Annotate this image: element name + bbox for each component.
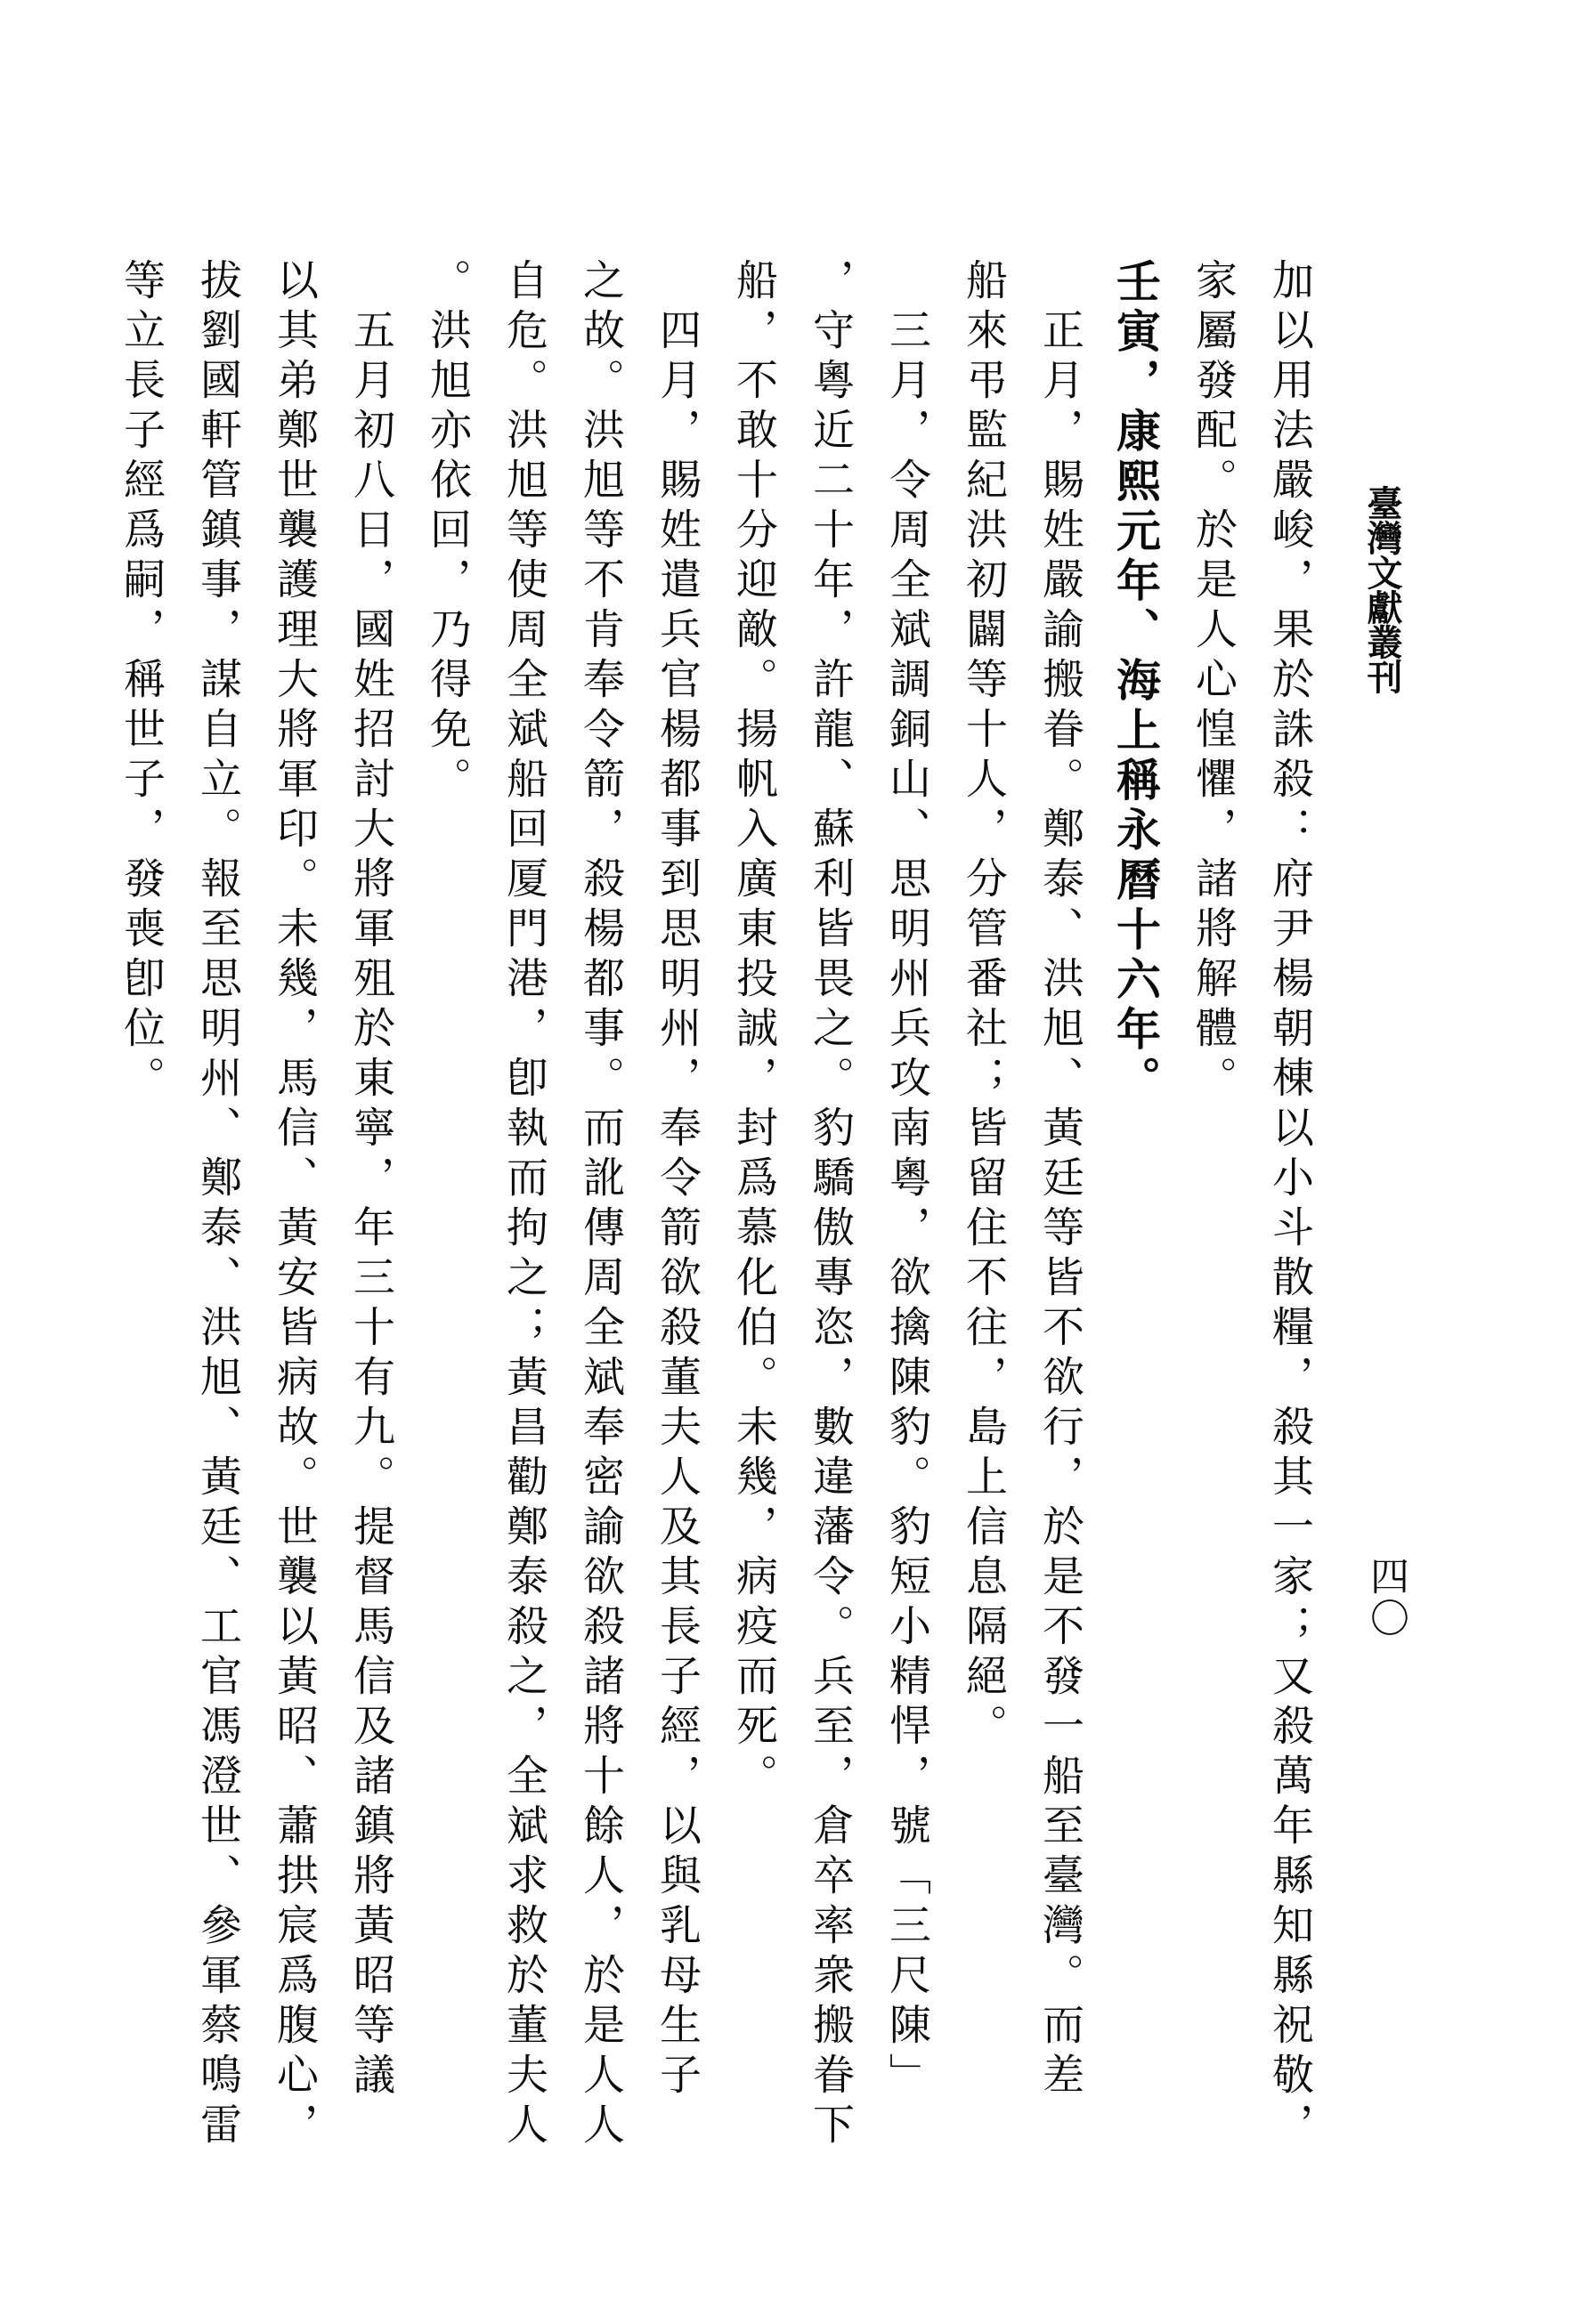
text-column-6: 三月，令周全斌調銅山、思明州兵攻南粵，欲擒陳豹。豹短小精悍，號「三尺陳」: [885, 308, 927, 2102]
text-column-8: 船，不敢十分迎敵。揚帆入廣東投誠，封爲慕化伯。未幾，病疫而死。: [732, 258, 774, 1803]
text-column-3-year-heading: 壬寅，康熙元年、海上稱永曆十六年。: [1113, 258, 1157, 1105]
text-column-4: 正月，賜姓嚴諭搬眷。鄭泰、洪旭、黃廷等皆不欲行，於是不發一船至臺灣。而差: [1038, 308, 1080, 2102]
text-column-10: 之故。洪旭等不肯奉令箭，殺楊都事。而訛傳周全斌奉密諭欲殺諸將十餘人，於是人人: [579, 258, 621, 2152]
text-column-16: 等立長子經爲嗣，稱世子，發喪卽位。: [119, 258, 161, 1105]
page-number: 四〇: [1366, 1556, 1405, 1640]
text-column-1: 加以用法嚴峻，果於誅殺：府尹楊朝棟以小斗散糧，殺其一家；又殺萬年縣知縣祝敬，: [1268, 258, 1310, 2152]
text-column-12: 。洪旭亦依回，乃得免。: [426, 258, 467, 806]
text-column-7: ，守粵近二十年，許龍、蘇利皆畏之。豹驕傲專恣，數違藩令。兵至，倉卒率衆搬眷下: [808, 258, 850, 2152]
text-column-2: 家屬發配。於是人心惶懼，諸將解體。: [1191, 258, 1233, 1105]
text-column-5: 船來弔監紀洪初闢等十人，分管番社；皆留住不往，島上信息隔絕。: [962, 258, 1003, 1753]
scanned-book-page: 臺灣文獻叢刊 四〇 加以用法嚴峻，果於誅殺：府尹楊朝棟以小斗散糧，殺其一家；又殺…: [0, 0, 1583, 2324]
text-column-9: 四月，賜姓遣兵官楊都事到思明州，奉令箭欲殺董夫人及其長子經，以與乳母生子: [655, 308, 697, 2102]
running-head-series-title: 臺灣文獻叢刊: [1364, 485, 1400, 693]
text-column-15: 拔劉國軒管鎮事，謀自立。報至思明州、鄭泰、洪旭、黃廷、工官馮澄世、參軍蔡鳴雷: [196, 258, 238, 2152]
text-column-14: 以其弟鄭世襲護理大將軍印。未幾，馬信、黃安皆病故。世襲以黃昭、蕭拱宸爲腹心，: [272, 258, 314, 2152]
text-column-11: 自危。洪旭等使周全斌船回厦門港，卽執而拘之；黃昌勸鄭泰殺之，全斌求救於董夫人: [502, 258, 544, 2152]
text-column-13: 五月初八日，國姓招討大將軍殂於東寧，年三十有九。提督馬信及諸鎮將黃昭等議: [349, 308, 391, 2102]
